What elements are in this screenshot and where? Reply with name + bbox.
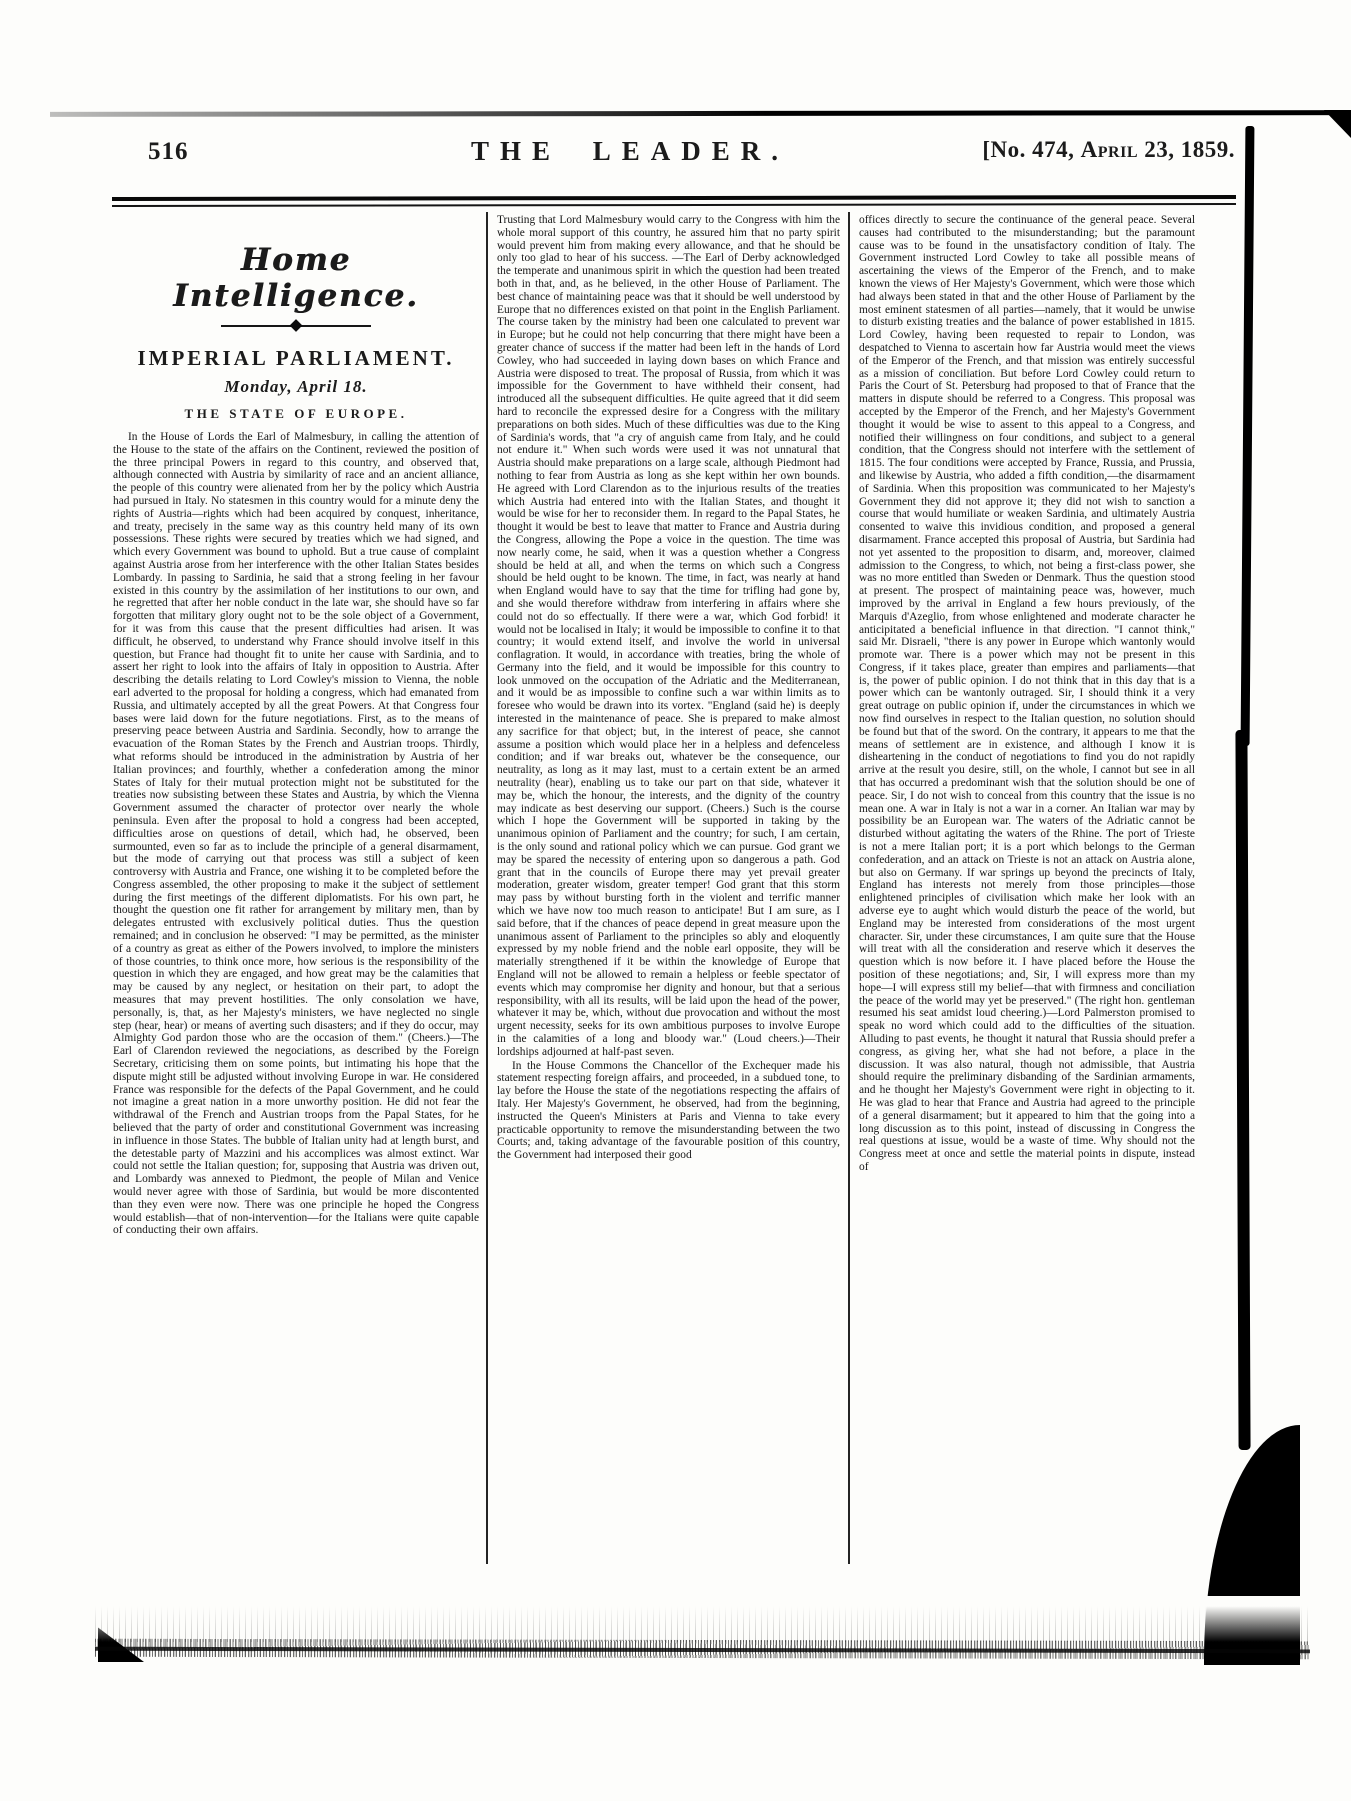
newspaper-page-scan: 516 THE LEADER. [No. 474, April 23, 1859… [0, 0, 1351, 1801]
column-2: Trusting that Lord Malmesbury would carr… [497, 212, 840, 1564]
article-dateline: Monday, April 18. [113, 377, 479, 397]
section-title: Home Intelligence. [113, 242, 479, 314]
scan-top-edge [50, 110, 1351, 117]
article-text-column-1: In the House of Lords the Earl of Malmes… [113, 431, 479, 1237]
issue-number: [No. 474, [982, 137, 1074, 162]
divider-ornament-icon [221, 320, 371, 332]
article-text-column-3: offices directly to secure the continuan… [859, 214, 1195, 1174]
ornament-diamond-icon [290, 319, 303, 332]
header-double-rule [112, 195, 1236, 207]
issue-month: April [1081, 137, 1138, 162]
scan-bottom-noise [95, 1596, 1310, 1642]
column-divider [848, 212, 850, 1564]
book-spine-shadow [1241, 126, 1255, 746]
issue-info: [No. 474, April 23, 1859. [982, 137, 1235, 163]
column-1: Home Intelligence. IMPERIAL PARLIAMENT. … [113, 212, 479, 1562]
book-spine-shadow [1235, 730, 1250, 1450]
issue-date: 23, 1859. [1144, 137, 1235, 162]
column-3: offices directly to secure the continuan… [859, 212, 1195, 1564]
article-title: IMPERIAL PARLIAMENT. [113, 346, 479, 371]
article-text-column-2: Trusting that Lord Malmesbury would carr… [497, 214, 840, 1059]
article-subheading: THE STATE OF EUROPE. [113, 406, 479, 422]
article-text-column-2-para-2: In the House Commons the Chancellor of t… [497, 1060, 840, 1162]
column-divider [486, 212, 488, 1564]
